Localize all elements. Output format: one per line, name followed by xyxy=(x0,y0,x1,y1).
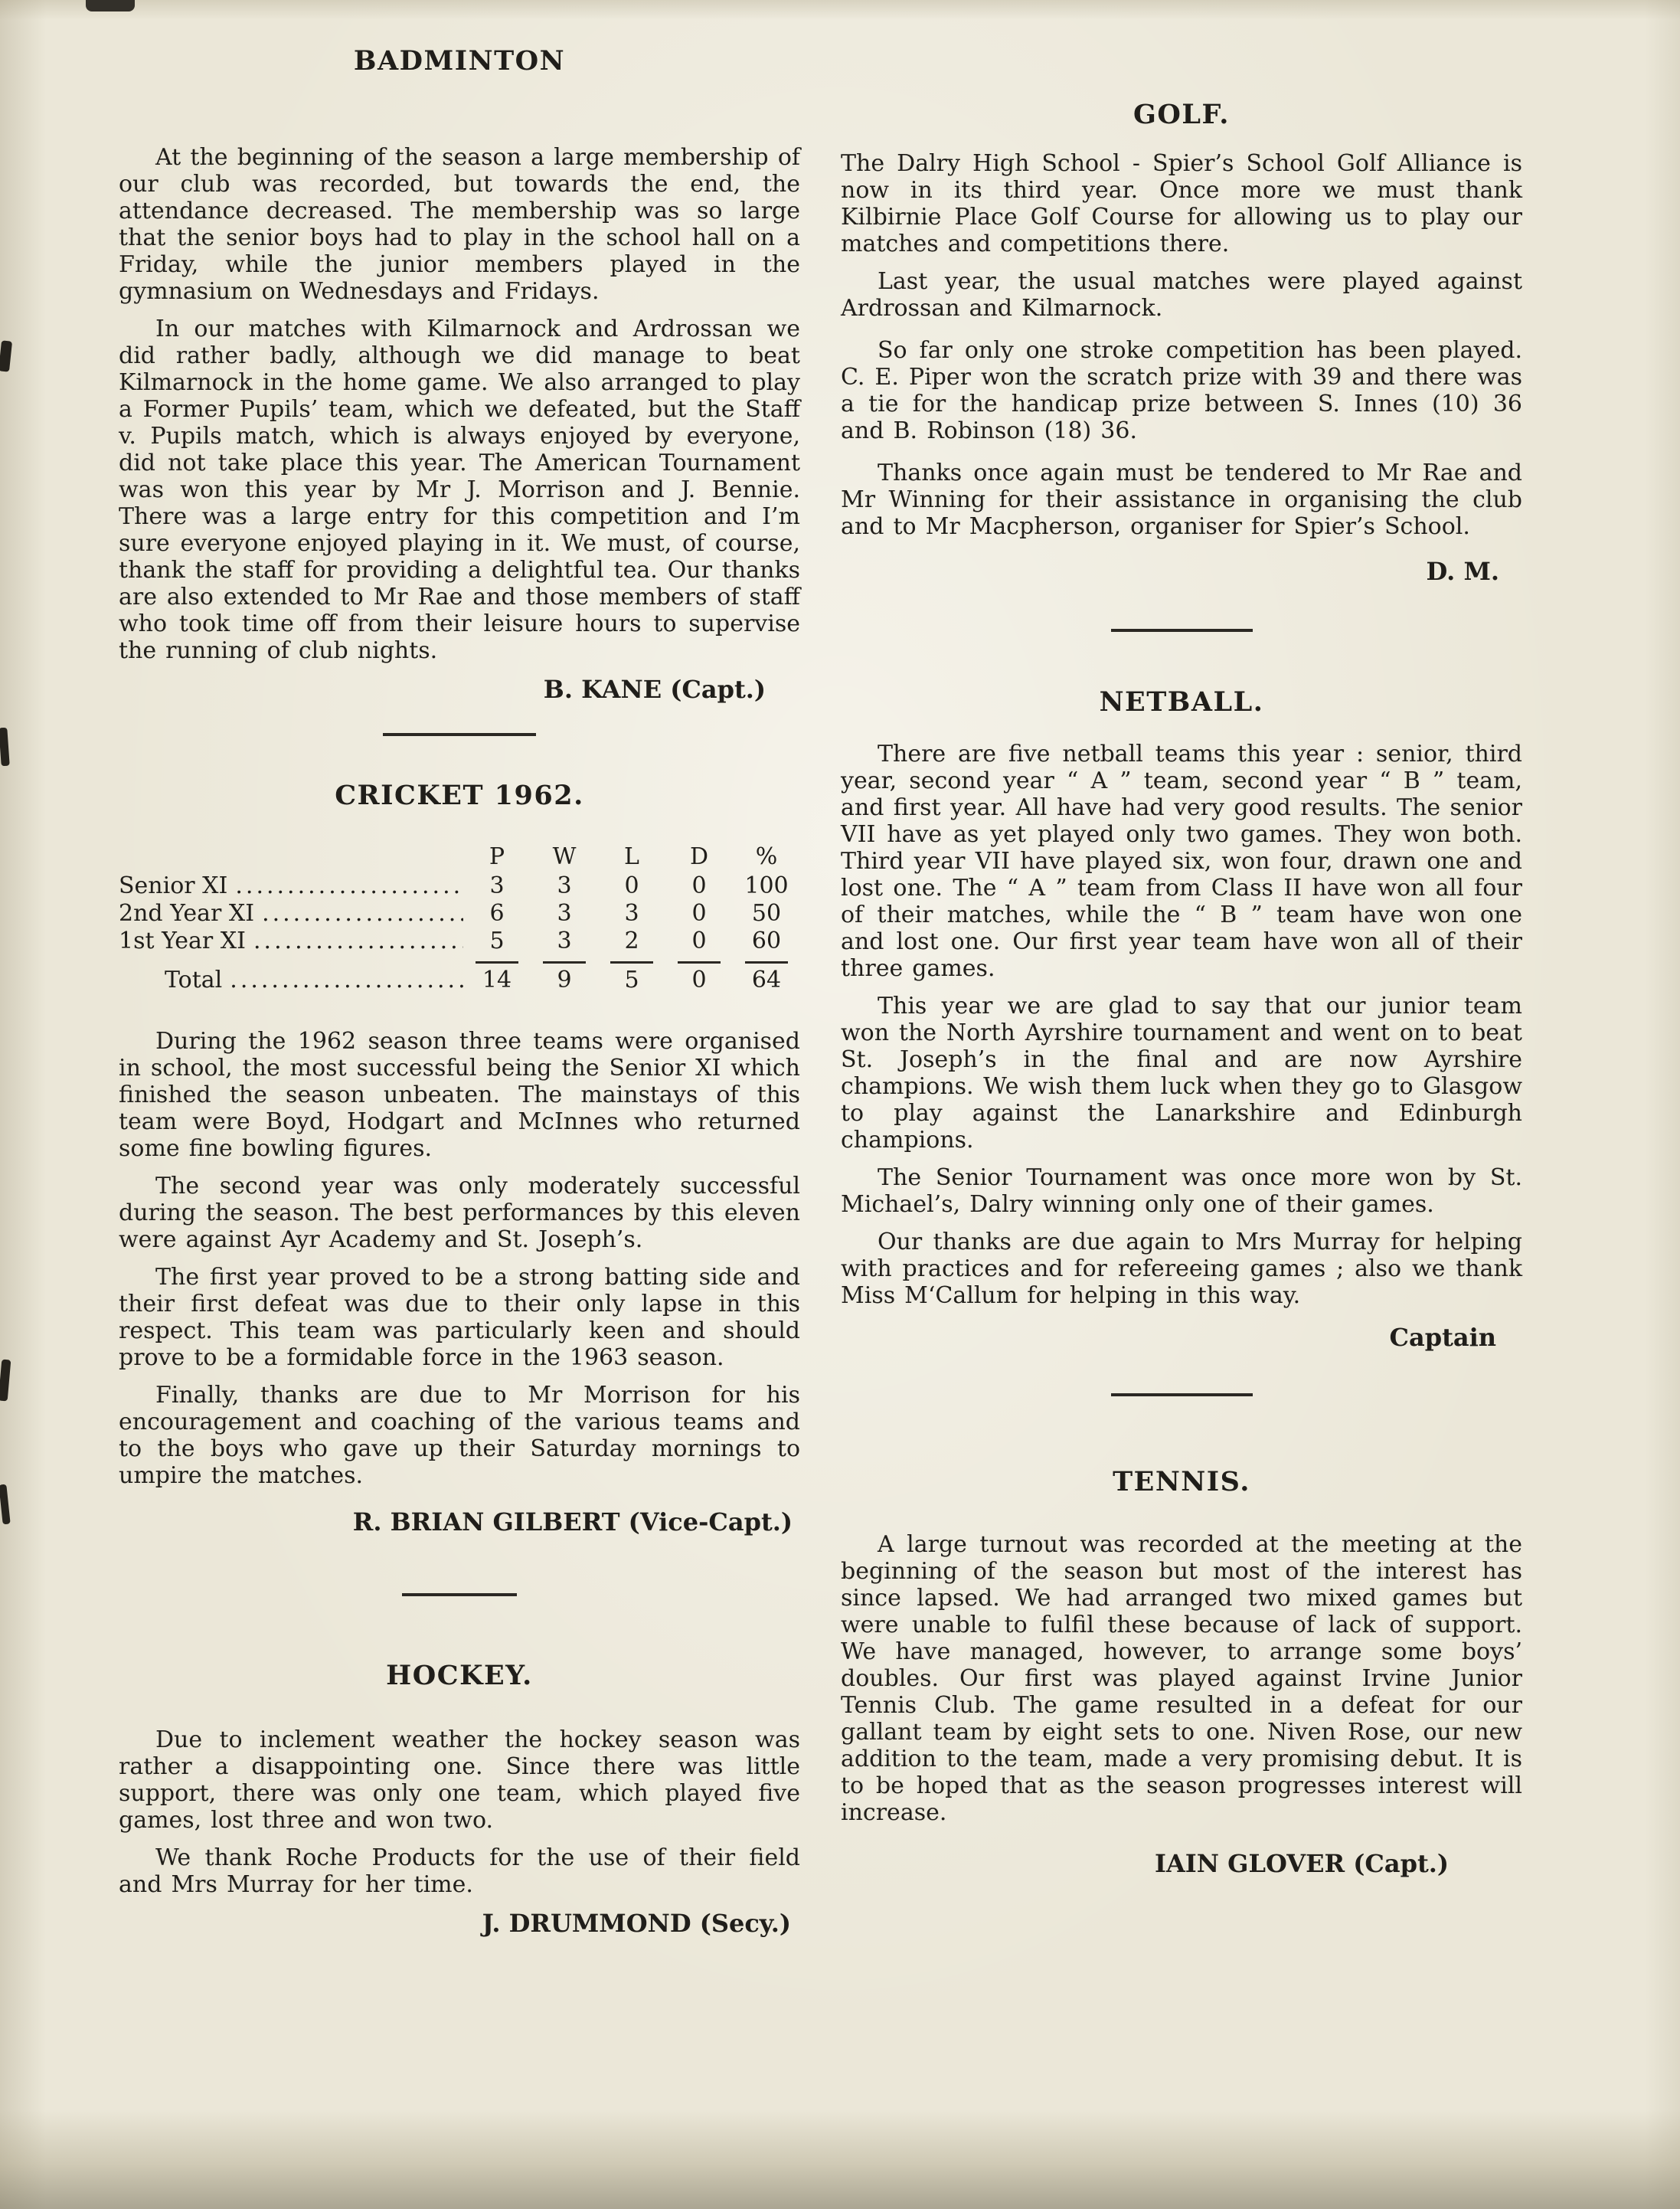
table-cell: 14 xyxy=(463,967,531,994)
signature: IAIN GLOVER (Capt.) xyxy=(841,1849,1522,1878)
table-cell: 5 xyxy=(598,967,665,994)
table-cell: 9 xyxy=(531,967,598,994)
table-cell: 0 xyxy=(665,967,733,994)
table-header-cell: L xyxy=(598,843,665,871)
table-header-cell: W xyxy=(531,843,598,871)
table-cell: 0 xyxy=(665,928,733,955)
table-total-rule xyxy=(119,961,800,964)
table-header-cell: % xyxy=(733,843,800,871)
section-title-netball: NETBALL. xyxy=(841,687,1522,718)
section-title-golf: GOLF. xyxy=(841,100,1522,130)
page-bottom-shadow xyxy=(0,2109,1680,2209)
table-row: 2nd Year XI 6 3 3 0 50 xyxy=(119,900,800,928)
paragraph: Due to inclement weather the hockey seas… xyxy=(119,1726,800,1834)
signature: Captain xyxy=(841,1323,1522,1352)
signature: B. KANE (Capt.) xyxy=(119,675,800,704)
table-cell: 6 xyxy=(463,900,531,928)
binding-stitch-mark xyxy=(0,1484,11,1525)
dot-leader xyxy=(253,928,463,955)
table-header-row: P W L D % xyxy=(119,843,800,871)
signature: J. DRUMMOND (Secy.) xyxy=(119,1909,800,1938)
paragraph: At the beginning of the season a large m… xyxy=(119,144,800,305)
table-cell: 5 xyxy=(463,928,531,955)
binding-stitch-mark xyxy=(0,340,12,371)
table-cell: 3 xyxy=(463,872,531,900)
table-cell: 3 xyxy=(531,928,598,955)
paragraph: In our matches with Kilmarnock and Ardro… xyxy=(119,316,800,664)
section-title-badminton: BADMINTON xyxy=(119,46,800,77)
paragraph: The first year proved to be a strong bat… xyxy=(119,1264,800,1371)
row-label: Senior XI xyxy=(119,872,235,900)
table-row: 1st Year XI 5 3 2 0 60 xyxy=(119,928,800,955)
table-cell: 3 xyxy=(531,872,598,900)
row-label: Total xyxy=(119,967,230,994)
left-column: BADMINTON At the beginning of the season… xyxy=(119,46,800,1938)
table-cell: 60 xyxy=(733,928,800,955)
dot-leader xyxy=(230,967,463,994)
section-divider xyxy=(1111,1393,1253,1396)
section-divider xyxy=(402,1593,517,1596)
table-cell: 2 xyxy=(598,928,665,955)
paragraph: The Dalry High School - Spier’s School G… xyxy=(841,150,1522,257)
table-cell: 100 xyxy=(733,872,800,900)
table-header-cell: D xyxy=(665,843,733,871)
table-cell: 3 xyxy=(531,900,598,928)
table-cell: 50 xyxy=(733,900,800,928)
paragraph: Last year, the usual matches were played… xyxy=(841,268,1522,322)
row-label: 2nd Year XI xyxy=(119,900,262,928)
paragraph: Finally, thanks are due to Mr Morrison f… xyxy=(119,1382,800,1489)
section-title-tennis: TENNIS. xyxy=(841,1467,1522,1497)
section-title-cricket: CRICKET 1962. xyxy=(119,781,800,811)
dot-leader xyxy=(262,900,463,928)
row-label: 1st Year XI xyxy=(119,928,253,955)
paragraph: There are five netball teams this year :… xyxy=(841,741,1522,982)
paragraph: The Senior Tournament was once more won … xyxy=(841,1164,1522,1218)
paragraph: The second year was only moderately succ… xyxy=(119,1173,800,1253)
paragraph: This year we are glad to say that our ju… xyxy=(841,993,1522,1154)
signature: D. M. xyxy=(841,557,1522,586)
table-cell: 0 xyxy=(665,900,733,928)
paragraph: Our thanks are due again to Mrs Murray f… xyxy=(841,1229,1522,1309)
paragraph: A large turnout was recorded at the meet… xyxy=(841,1531,1522,1826)
table-cell: 0 xyxy=(598,872,665,900)
binding-stitch-mark xyxy=(0,1360,11,1402)
table-cell: 64 xyxy=(733,967,800,994)
table-row: Senior XI 3 3 0 0 100 xyxy=(119,872,800,900)
dot-leader xyxy=(235,872,463,900)
right-column: GOLF. The Dalry High School - Spier’s Sc… xyxy=(841,100,1522,1878)
magazine-page: BADMINTON At the beginning of the season… xyxy=(0,0,1680,2209)
paragraph: Thanks once again must be tendered to Mr… xyxy=(841,460,1522,540)
table-cell: 0 xyxy=(665,872,733,900)
binding-stitch-mark xyxy=(0,728,10,767)
paragraph: During the 1962 season three teams were … xyxy=(119,1028,800,1162)
cricket-results-table: P W L D % Senior XI 3 3 0 0 100 2nd Year… xyxy=(119,843,800,994)
table-header-cell: P xyxy=(463,843,531,871)
table-total-row: Total 14 9 5 0 64 xyxy=(119,967,800,994)
signature: R. BRIAN GILBERT (Vice-Capt.) xyxy=(119,1507,800,1536)
table-cell: 3 xyxy=(598,900,665,928)
section-divider xyxy=(383,733,536,736)
paragraph: So far only one stroke competition has b… xyxy=(841,337,1522,444)
paragraph: We thank Roche Products for the use of t… xyxy=(119,1844,800,1898)
section-divider xyxy=(1111,629,1253,632)
section-title-hockey: HOCKEY. xyxy=(119,1661,800,1691)
scan-mark xyxy=(86,0,135,11)
